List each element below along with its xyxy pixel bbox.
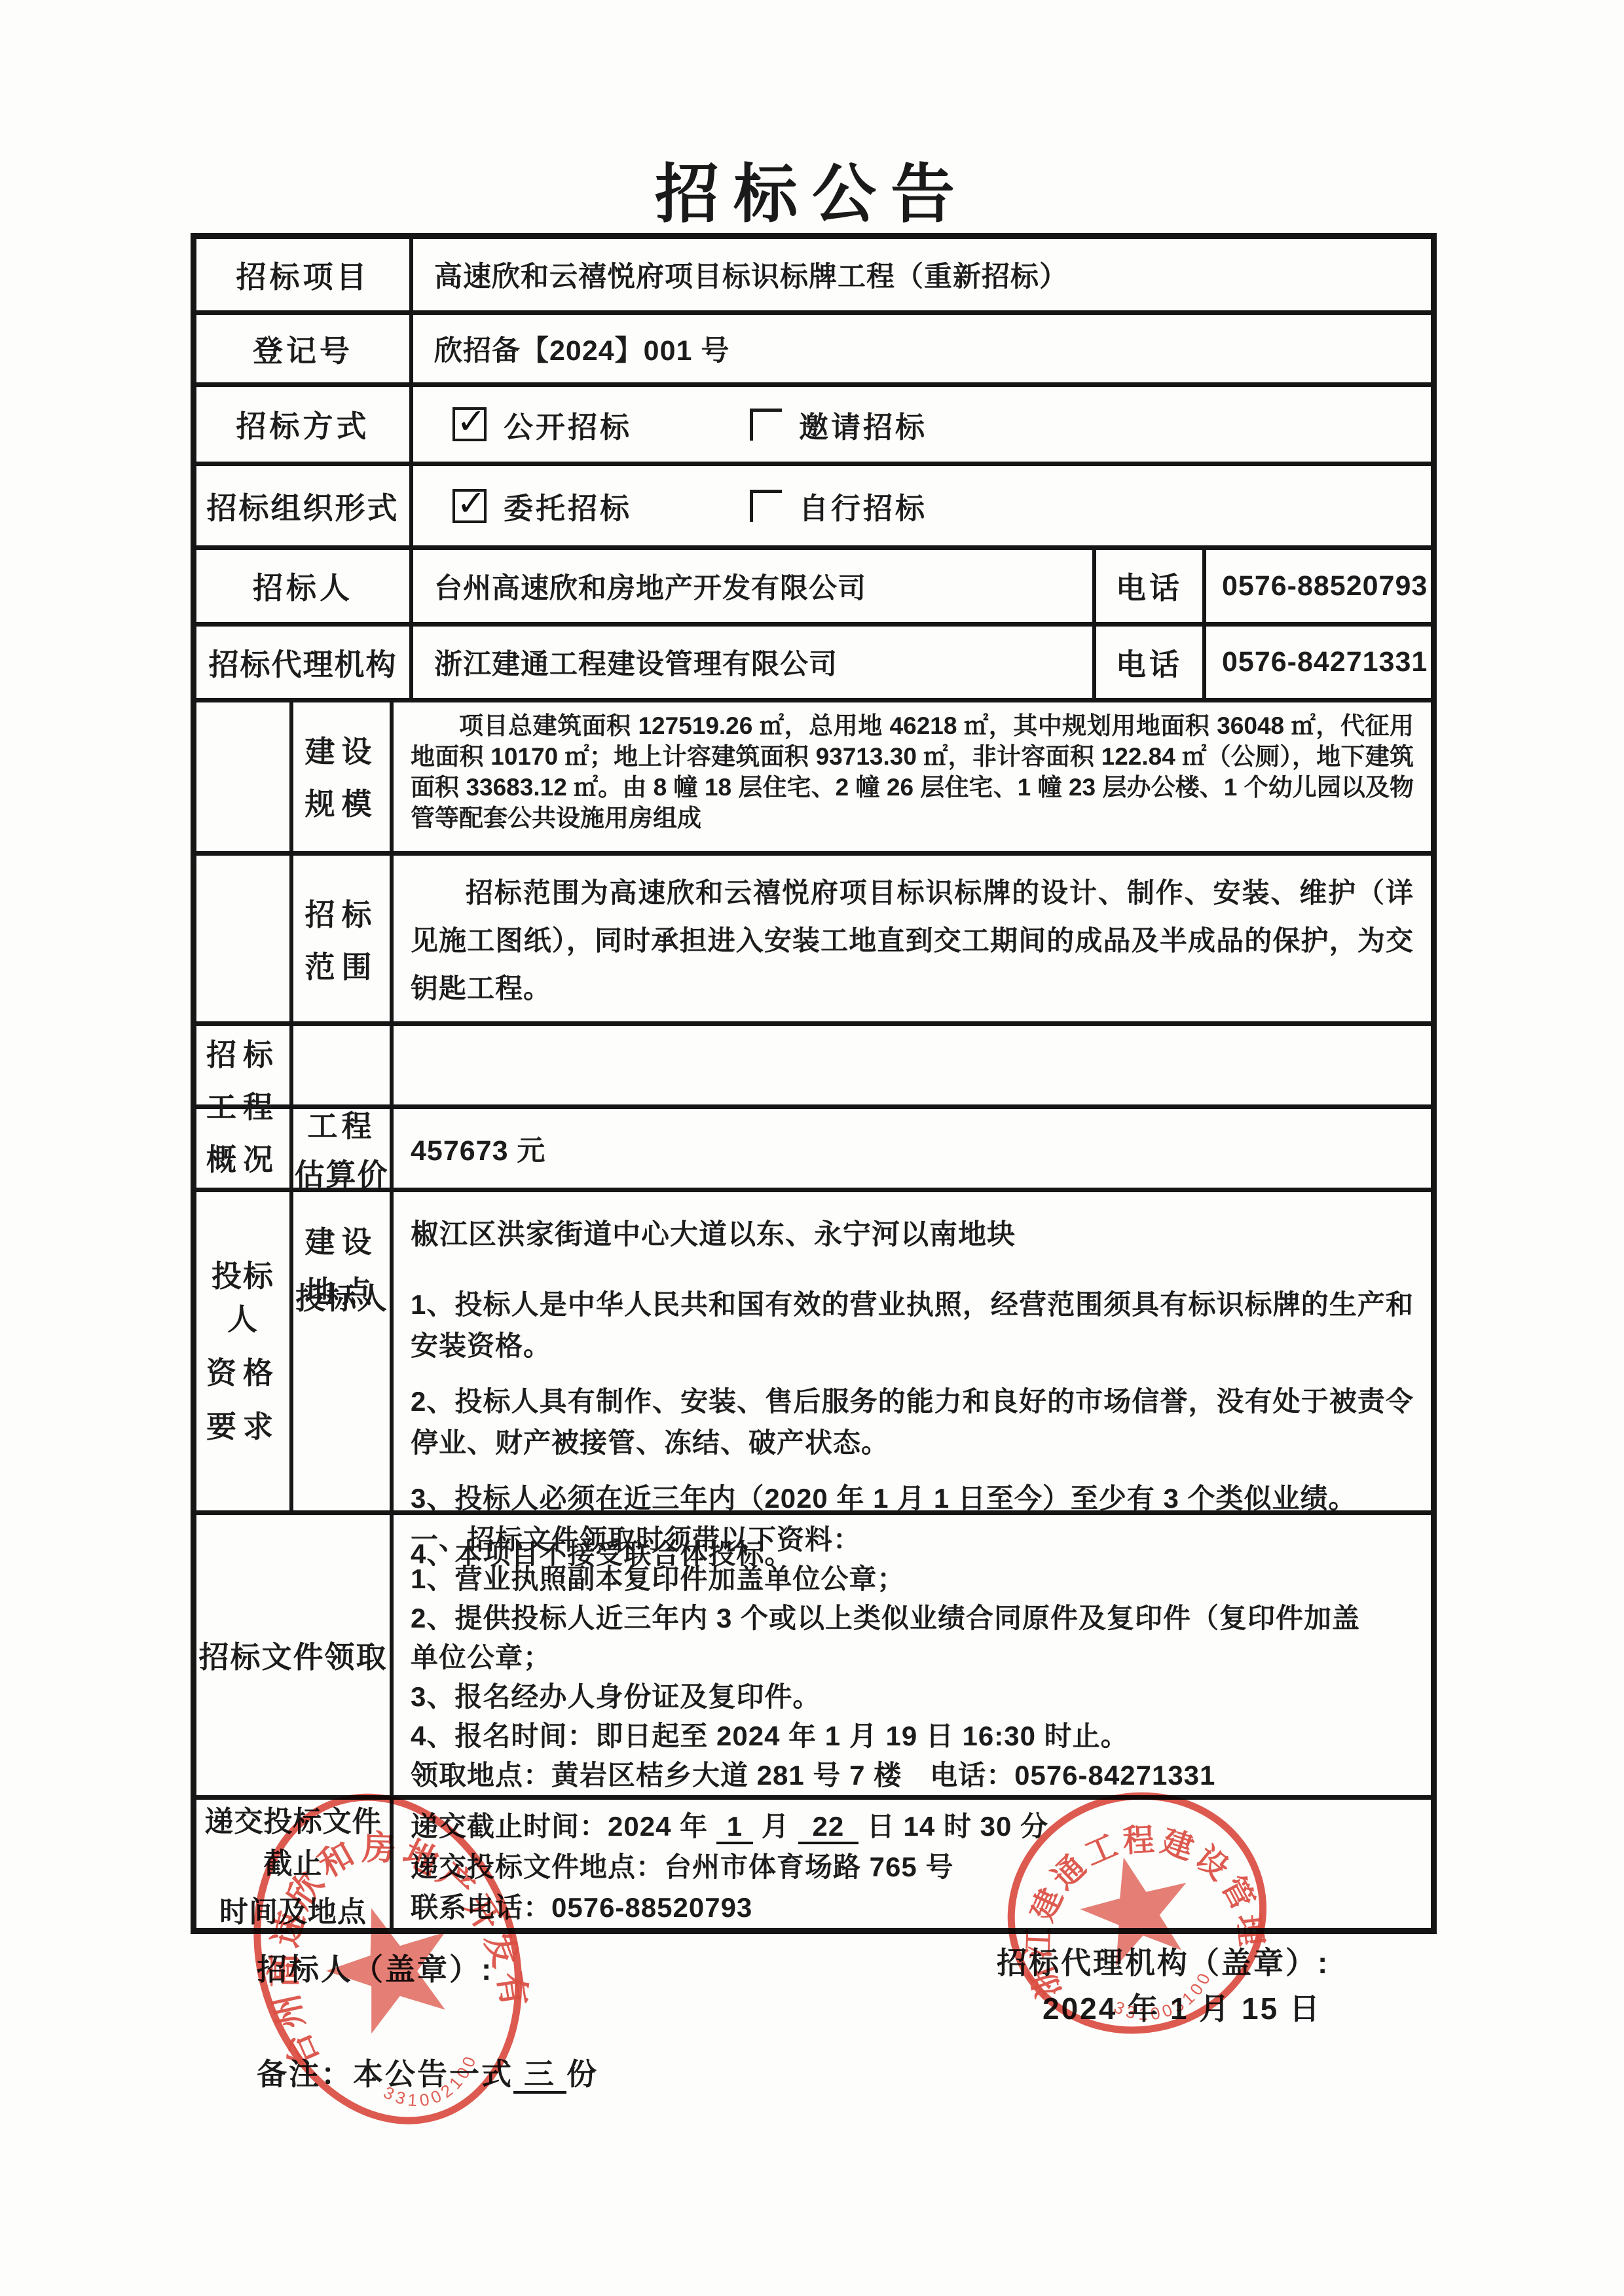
- option-self-tender: 自行招标: [750, 484, 927, 527]
- tenderer-phone-label: 电话: [1096, 550, 1202, 622]
- scale-text: 项目总建筑面积 127519.26 ㎡，总用地 46218 ㎡，其中规划用地面积…: [394, 700, 1431, 851]
- svg-text:331002100: 331002100: [374, 2045, 492, 2123]
- option-invited-tender: 邀请招标: [750, 403, 927, 446]
- option-open-tender: ✓ 公开招标: [452, 403, 632, 446]
- checkbox-checked-icon: ✓: [452, 407, 487, 441]
- row-label-tenderer: 招标人: [196, 550, 409, 622]
- method-options: ✓ 公开招标 邀请招标: [413, 387, 1431, 462]
- sublabel-bidder: 投标人: [293, 1275, 390, 1510]
- checkbox-empty-icon: [750, 490, 782, 522]
- grid-line: [196, 545, 1431, 550]
- tenderer-phone: 0576-88520793: [1206, 550, 1431, 622]
- project-name: 高速欣和云禧悦府项目标识标牌工程（重新招标）: [413, 239, 1431, 310]
- collection-lines: 一、招标文件领取时须带以下资料： 1、营业执照副本复印件加盖单位公章； 2、提供…: [394, 1515, 1431, 1795]
- agency-name: 浙江建通工程建设管理有限公司: [413, 627, 1092, 698]
- tenderer-name: 台州高速欣和房地产开发有限公司: [413, 550, 1092, 622]
- sublabel-estimate: 工程 估算价: [293, 1109, 390, 1188]
- row-label-collection: 招标文件领取: [196, 1515, 390, 1795]
- row-label-method: 招标方式: [196, 387, 409, 462]
- grid-line: [196, 462, 1431, 466]
- location-value: 椒江区洪家街道中心大道以东、永宁河以南地块: [394, 1190, 1431, 1275]
- organization-options: ✓ 委托招标 自行招标: [413, 466, 1431, 545]
- sublabel-scope: 招标 范围: [293, 856, 390, 1021]
- grid-line: [196, 382, 1431, 387]
- row-label-agency: 招标代理机构: [196, 627, 409, 698]
- grid-line: [196, 310, 1431, 315]
- row-label-qualification: 投标人 资格 要求: [196, 1188, 289, 1510]
- scanned-tender-announcement: 招标公告 招标项目 高速欣和云禧悦府项目标识标牌工程（重新招标） 登记号: [0, 0, 1624, 2296]
- sublabel-scale: 建设 规模: [293, 700, 390, 851]
- submission-deadline: 递交截止时间：2024 年 1 月 22 日 14 时 30 分: [411, 1806, 1414, 1847]
- page-title: 招标公告: [0, 143, 1624, 235]
- row-label-registration: 登记号: [196, 315, 409, 382]
- scope-text: 招标范围为高速欣和云禧悦府项目标识标牌的设计、制作、安装、维护（详见施工图纸），…: [394, 856, 1431, 1021]
- grid-line: [196, 851, 1431, 856]
- registration-number: 欣招备【2024】001 号: [413, 315, 1431, 382]
- agency-phone: 0576-84271331: [1206, 627, 1431, 698]
- tender-table: 招标项目 高速欣和云禧悦府项目标识标牌工程（重新招标） 登记号 欣招备【2024…: [191, 233, 1437, 1934]
- option-entrusted-tender: ✓ 委托招标: [452, 484, 632, 527]
- row-label-organization: 招标组织形式: [196, 466, 409, 545]
- row-label-project: 招标项目: [196, 239, 409, 310]
- grid-line: [196, 1021, 1431, 1026]
- checkbox-checked-icon: ✓: [452, 489, 487, 523]
- qualification-items: 1、投标人是中华人民共和国有效的营业执照，经营范围须具有标识标牌的生产和安装资格…: [394, 1275, 1431, 1510]
- agency-phone-label: 电话: [1096, 627, 1202, 698]
- checkbox-empty-icon: [750, 409, 782, 441]
- grid-line: [196, 622, 1431, 627]
- estimate-value: 457673 元: [394, 1109, 1431, 1188]
